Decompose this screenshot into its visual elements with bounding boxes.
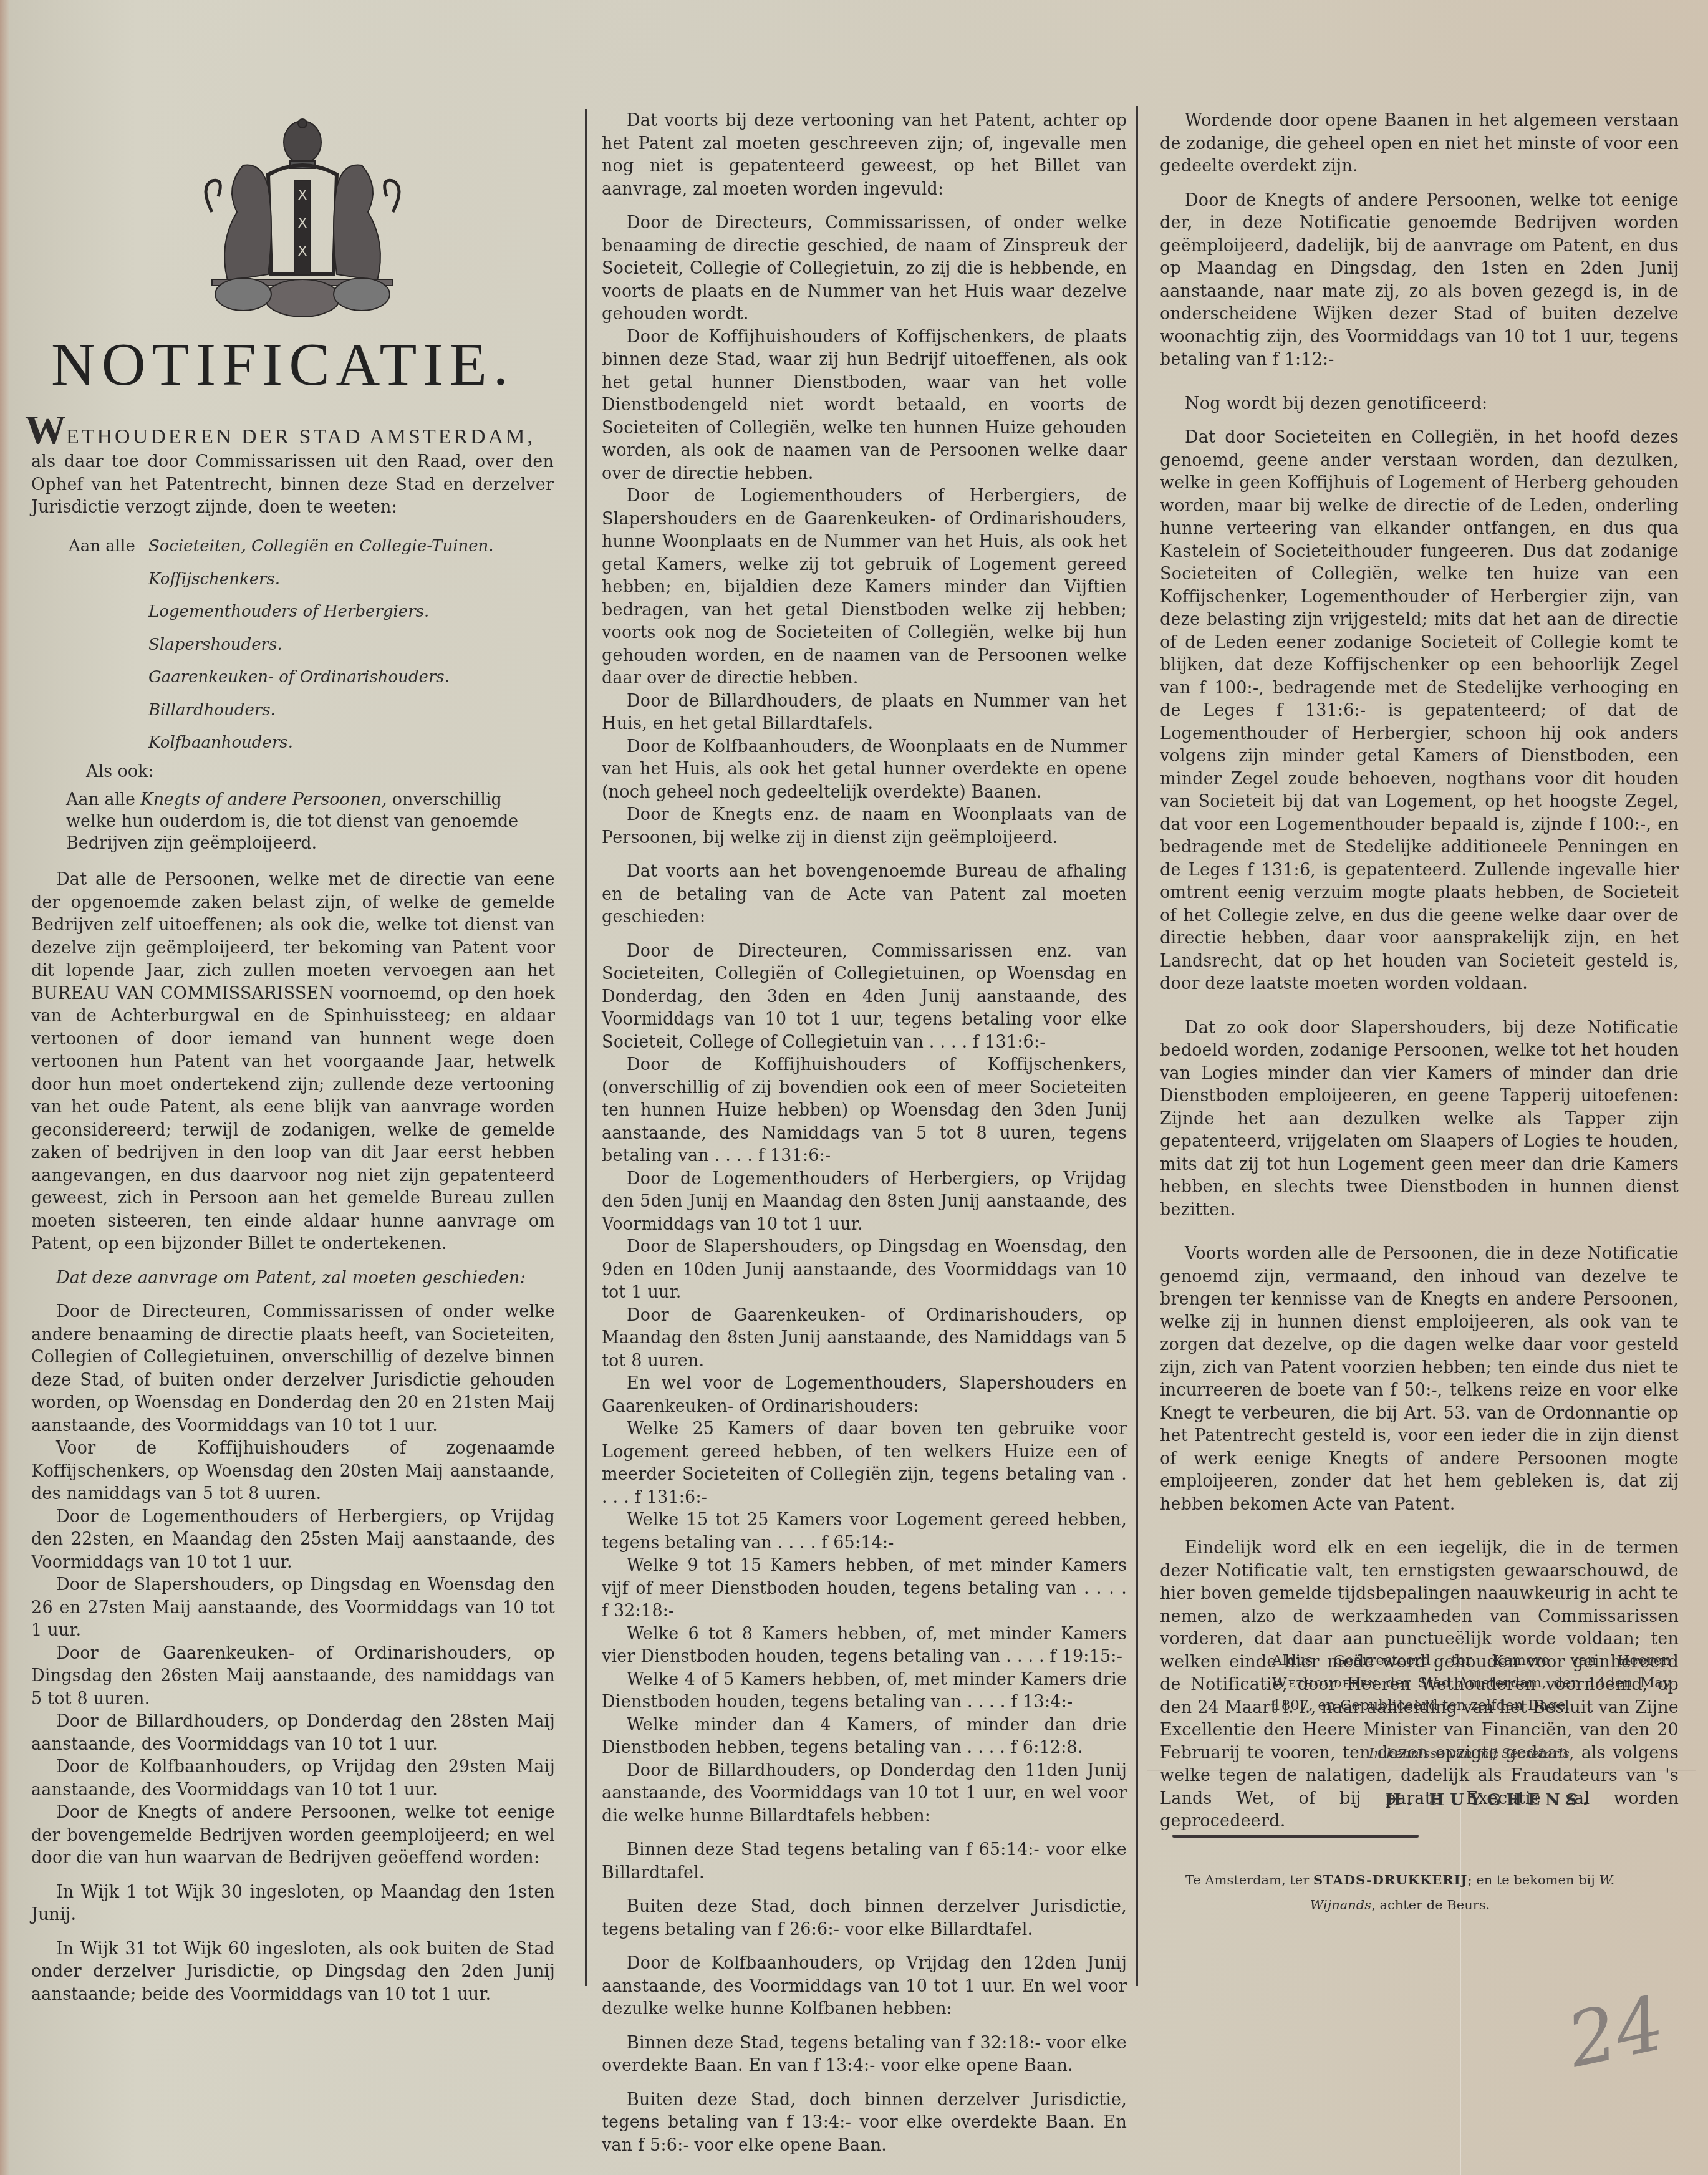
paragraph: Welke 15 tot 25 Kamers voor Logement ger… [602,1509,1127,1555]
handwritten-number: 24 [1560,1980,1671,2085]
paragraph: Dat alle de Persoonen, welke met de dire… [31,869,555,1256]
paragraph: Dat voorts bij deze vertooning van het P… [602,110,1127,201]
fee-amount: f 131:6:- [635,1488,707,1507]
paragraph: Door de Directeurs, Commissarissen, of o… [602,212,1127,326]
paragraph: Door de Knegts of andere Persoonen, welk… [31,1801,555,1870]
paragraph: Door de Billardhouders, op Donderdag den… [602,1760,1127,1828]
intro-heading: WETHOUDEREN DER STAD AMSTERDAM, [25,415,554,451]
svg-text:X: X [297,244,307,259]
paragraph-text: Welke 25 Kamers of daar boven ten gebrui… [602,1419,1127,1484]
addressee-list: Aan alleSocieteiten, Collegiën en Colleg… [69,530,543,760]
paragraph-text: Door de Directeuren, Commissarissen enz.… [602,942,1127,1052]
leader-dots: . . . . [715,1146,758,1165]
paragraph: Door de Gaarenkeuken- of Ordinarishouder… [602,1305,1127,1373]
page-title: NOTIFICATIE. [51,334,562,396]
paragraph-text: Door de Koffijhuishouders of Koffijschen… [602,1055,1127,1165]
paragraph: Dat zo ook door Slapershouders, bij deze… [1160,1017,1679,1222]
addressee-item: Slapershouders. [69,629,543,662]
paragraph: Door de Knegts enz. de naam en Woonplaat… [602,804,1127,849]
fee-amount: f 13:4:- [1011,1692,1073,1712]
right-column-body: Wordende door opene Baanen in het algeme… [1160,110,1679,1833]
paragraph: Welke minder dan 4 Kamers, of minder dan… [602,1714,1127,1760]
fee-amount: f 131:6:- [758,1146,831,1165]
paragraph: Dat door Societeiten en Collegiën, in he… [1160,427,1679,996]
paragraph: Welke 9 tot 15 Kamers hebben, of met min… [602,1555,1127,1623]
intro: WETHOUDEREN DER STAD AMSTERDAM, als daar… [25,415,554,519]
horizontal-rule [1172,1835,1419,1838]
paragraph: Door de Slapershouders, op Dingsdag en W… [31,1574,555,1642]
column-divider [585,109,587,1986]
leader-dots: . . . . [778,1533,821,1553]
paragraph: En wel voor de Logementhouders, Slapersh… [602,1372,1127,1418]
leader-dots: . . . . [967,1692,1011,1712]
paragraph: Door de Billardhouders, op Donderdag den… [31,1710,555,1756]
addressee-item: Gaarenkeuken- of Ordinarishouders. [69,661,543,694]
paragraph: Door de Logiementhouders of Herbergiers,… [602,485,1127,690]
fee-amount: f 6:12:8. [1011,1738,1083,1757]
leader-dots: . . . . [967,1738,1011,1757]
printer-imprint: Te Amsterdam, ter STADS-DRUKKERIJ; en te… [1163,1868,1637,1917]
paragraph: In Wijk 31 tot Wijk 60 ingesloten, als o… [31,1938,555,2007]
drop-cap: W [25,407,66,453]
addressee-item: Kolfbaanhouders. [69,726,543,760]
paragraph: Door de Kolfbaanhouders, op Vrijdag den … [602,1952,1127,2021]
svg-text:X: X [297,216,307,231]
paragraph: Binnen deze Stad tegens betaling van f 6… [602,1839,1127,1884]
paragraph: Door de Kolfbaanhouders, op Vrijdag den … [31,1756,555,1801]
paragraph: Door de Kolfbaanhouders, de Woonplaats e… [602,736,1127,804]
paragraph: Voor de Koffijhuishouders of zogenaamde … [31,1437,555,1506]
fee-amount: f 32:18:- [602,1601,674,1621]
paragraph: Buiten deze Stad, doch binnen derzelver … [602,1896,1127,1941]
paragraph: Binnen deze Stad, tegens betaling van f … [602,2032,1127,2078]
paragraph: Voorts worden alle de Persoonen, die in … [1160,1243,1679,1516]
leader-dots: . . . . [1084,1579,1127,1598]
acknowledgement: In kennisse van mij Secretaris [1369,1746,1570,1761]
paragraph: Door de Knegts of andere Persoonen, welk… [1160,190,1679,372]
leader-dots: . . . . [1006,1647,1049,1666]
als-ook-label: Als ook: [86,762,154,781]
paragraph-text: Welke 9 tot 15 Kamers hebben, of met min… [602,1556,1127,1598]
fee-amount: f 19:15:- [1050,1647,1122,1666]
paragraph: Door de Directeuren, Commissarissen of o… [31,1301,555,1437]
paragraph: Door de Logementhouders of Herbergiers, … [602,1168,1127,1237]
paragraph: Wordende door opene Baanen in het algeme… [1160,110,1679,178]
paragraph: Door de Koffijhuishouders of Koffijschen… [602,1054,1127,1168]
addressee-item: Logementhouders of Herbergiers. [69,596,543,629]
paragraph: Dat voorts aan het bovengenoemde Bureau … [602,861,1127,929]
middle-column-body: Dat voorts bij deze vertooning van het P… [602,110,1127,2157]
signature-name: H. HUYGHENS. [1386,1791,1594,1810]
paragraph: Door de Logementhouders of Herbergiers, … [31,1506,555,1575]
paragraph: Door de Slapershouders, op Dingsdag en W… [602,1236,1127,1305]
paragraph: Welke 4 of 5 Kamers hebben, of, met mind… [602,1669,1127,1714]
coat-of-arms-icon: X X X [175,118,430,318]
document-sheet: X X X NOTIFICATIE. WETHOUDEREN DER STAD … [0,0,1708,2175]
paragraph: In Wijk 1 tot Wijk 30 ingesloten, op Maa… [31,1881,555,1927]
paragraph: Welke 6 tot 8 Kamers hebben, of, met min… [602,1623,1127,1669]
paragraph: Welke 25 Kamers of daar boven ten gebrui… [602,1418,1127,1509]
fee-amount: f 131:6:- [973,1033,1045,1052]
left-column-body: Dat alle de Persoonen, welke met de dire… [31,869,555,2006]
intro-body: als daar toe door Commissarissen uit den… [25,451,554,519]
svg-text:X: X [297,188,307,203]
paragraph: Door de Billardhouders, de plaats en Num… [602,690,1127,736]
paragraph: Buiten deze Stad, doch binnen derzelver … [602,2089,1127,2158]
addressee-item: Koffijschenkers. [69,563,543,596]
paragraph: Door de Gaarenkeuken- of Ordinarishouder… [31,1642,555,1711]
paragraph: Door de Directeuren, Commissarissen enz.… [602,940,1127,1054]
knegts-addressee: Aan alle Knegts of andere Persoonen, onv… [66,789,552,854]
addressee-item: Billardhouders. [69,694,543,727]
leader-dots: . . . . [929,1033,973,1052]
signoff: Aldus Geärresteerd ter Kamere van Heeren… [1272,1649,1671,1717]
column-divider [1136,106,1138,1986]
fee-amount: f 65:14:- [821,1533,894,1553]
paragraph: Door de Koffijhuishouders of Koffijschen… [602,326,1127,486]
addressee-item: Aan alleSocieteiten, Collegiën en Colleg… [69,530,543,563]
paragraph: Nog wordt bij dezen genotificeerd: [1160,393,1679,416]
paragraph: Dat deze aanvrage om Patent, zal moeten … [31,1267,555,1290]
